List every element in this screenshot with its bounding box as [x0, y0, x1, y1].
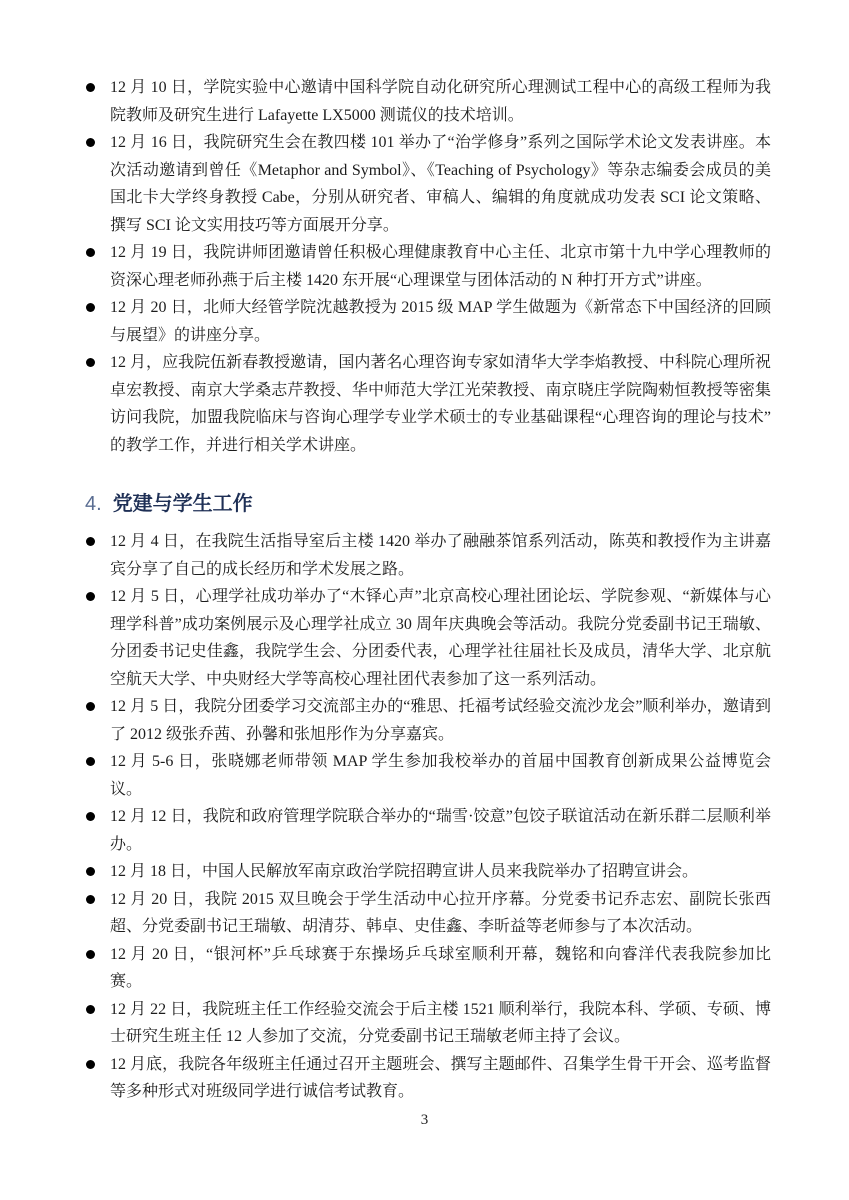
- bullet-text: 12 月 5-6 日，张晓娜老师带领 MAP 学生参加我校举办的首届中国教育创新…: [110, 753, 771, 798]
- list-item: 12 月 5 日，心理学社成功举办了“木铎心声”北京高校心理社团论坛、学院参观、…: [85, 583, 771, 693]
- bullet-icon: [86, 592, 95, 601]
- page-number: 3: [0, 1112, 849, 1129]
- bullet-icon: [86, 537, 95, 546]
- list-item: 12 月 20 日，我院 2015 双旦晚会于学生活动中心拉开序幕。分党委书记乔…: [85, 886, 771, 941]
- bullet-icon: [86, 83, 95, 92]
- list-item: 12 月 5 日，我院分团委学习交流部主办的“雅思、托福考试经验交流沙龙会”顺利…: [85, 693, 771, 748]
- list-item: 12 月，应我院伍新春教授邀请，国内著名心理咨询专家如清华大学李焰教授、中科院心…: [85, 349, 771, 459]
- bullet-text: 12 月 22 日，我院班主任工作经验交流会于后主楼 1521 顺利举行，我院本…: [110, 1001, 771, 1046]
- bullet-text: 12 月 5 日，我院分团委学习交流部主办的“雅思、托福考试经验交流沙龙会”顺利…: [110, 698, 771, 743]
- bullet-icon: [86, 702, 95, 711]
- bullet-list-party-student-work: 12 月 4 日，在我院生活指导室后主楼 1420 举办了融融茶馆系列活动，陈英…: [85, 528, 771, 1106]
- list-item: 12 月 20 日，北师大经管学院沈越教授为 2015 级 MAP 学生做题为《…: [85, 294, 771, 349]
- bullet-icon: [86, 950, 95, 959]
- document-page: 12 月 10 日，学院实验中心邀请中国科学院自动化研究所心理测试工程中心的高级…: [0, 0, 849, 1200]
- section-heading-text: 党建与学生工作: [113, 493, 253, 515]
- list-item: 12 月 19 日，我院讲师团邀请曾任积极心理健康教育中心主任、北京市第十九中学…: [85, 239, 771, 294]
- bullet-text: 12 月 16 日，我院研究生会在教四楼 101 举办了“治学修身”系列之国际学…: [110, 134, 771, 234]
- bullet-text: 12 月底，我院各年级班主任通过召开主题班会、撰写主题邮件、召集学生骨干开会、巡…: [110, 1056, 771, 1101]
- list-item: 12 月 10 日，学院实验中心邀请中国科学院自动化研究所心理测试工程中心的高级…: [85, 74, 771, 129]
- bullet-text: 12 月，应我院伍新春教授邀请，国内著名心理咨询专家如清华大学李焰教授、中科院心…: [110, 354, 771, 454]
- list-item: 12 月底，我院各年级班主任通过召开主题班会、撰写主题邮件、召集学生骨干开会、巡…: [85, 1051, 771, 1106]
- list-item: 12 月 22 日，我院班主任工作经验交流会于后主楼 1521 顺利举行，我院本…: [85, 996, 771, 1051]
- bullet-icon: [86, 1060, 95, 1069]
- bullet-text: 12 月 5 日，心理学社成功举办了“木铎心声”北京高校心理社团论坛、学院参观、…: [110, 588, 771, 688]
- bullet-icon: [86, 358, 95, 367]
- bullet-icon: [86, 757, 95, 766]
- bullet-text: 12 月 12 日，我院和政府管理学院联合举办的“瑞雪·饺意”包饺子联谊活动在新…: [110, 808, 771, 853]
- list-item: 12 月 12 日，我院和政府管理学院联合举办的“瑞雪·饺意”包饺子联谊活动在新…: [85, 803, 771, 858]
- bullet-text: 12 月 19 日，我院讲师团邀请曾任积极心理健康教育中心主任、北京市第十九中学…: [110, 244, 771, 289]
- bullet-icon: [86, 895, 95, 904]
- bullet-icon: [86, 138, 95, 147]
- list-item: 12 月 4 日，在我院生活指导室后主楼 1420 举办了融融茶馆系列活动，陈英…: [85, 528, 771, 583]
- bullet-text: 12 月 10 日，学院实验中心邀请中国科学院自动化研究所心理测试工程中心的高级…: [110, 79, 771, 124]
- bullet-text: 12 月 4 日，在我院生活指导室后主楼 1420 举办了融融茶馆系列活动，陈英…: [110, 533, 771, 578]
- bullet-text: 12 月 20 日，北师大经管学院沈越教授为 2015 级 MAP 学生做题为《…: [110, 299, 771, 344]
- bullet-icon: [86, 303, 95, 312]
- bullet-list-continued-events: 12 月 10 日，学院实验中心邀请中国科学院自动化研究所心理测试工程中心的高级…: [85, 74, 771, 459]
- bullet-text: 12 月 20 日，“银河杯”乒乓球赛于东操场乒乓球室顺利开幕，魏铭和向睿洋代表…: [110, 946, 771, 991]
- list-item: 12 月 20 日，“银河杯”乒乓球赛于东操场乒乓球室顺利开幕，魏铭和向睿洋代表…: [85, 941, 771, 996]
- list-item: 12 月 18 日，中国人民解放军南京政治学院招聘宣讲人员来我院举办了招聘宣讲会…: [85, 858, 771, 886]
- bullet-icon: [86, 1005, 95, 1014]
- list-item: 12 月 16 日，我院研究生会在教四楼 101 举办了“治学修身”系列之国际学…: [85, 129, 771, 239]
- section-heading: 4.党建与学生工作: [85, 491, 771, 517]
- list-item: 12 月 5-6 日，张晓娜老师带领 MAP 学生参加我校举办的首届中国教育创新…: [85, 748, 771, 803]
- bullet-icon: [86, 812, 95, 821]
- bullet-icon: [86, 867, 95, 876]
- page-content: 12 月 10 日，学院实验中心邀请中国科学院自动化研究所心理测试工程中心的高级…: [85, 74, 771, 1106]
- bullet-text: 12 月 18 日，中国人民解放军南京政治学院招聘宣讲人员来我院举办了招聘宣讲会…: [110, 863, 698, 880]
- bullet-icon: [86, 248, 95, 257]
- bullet-text: 12 月 20 日，我院 2015 双旦晚会于学生活动中心拉开序幕。分党委书记乔…: [110, 891, 771, 936]
- section-heading-number: 4.: [85, 493, 102, 515]
